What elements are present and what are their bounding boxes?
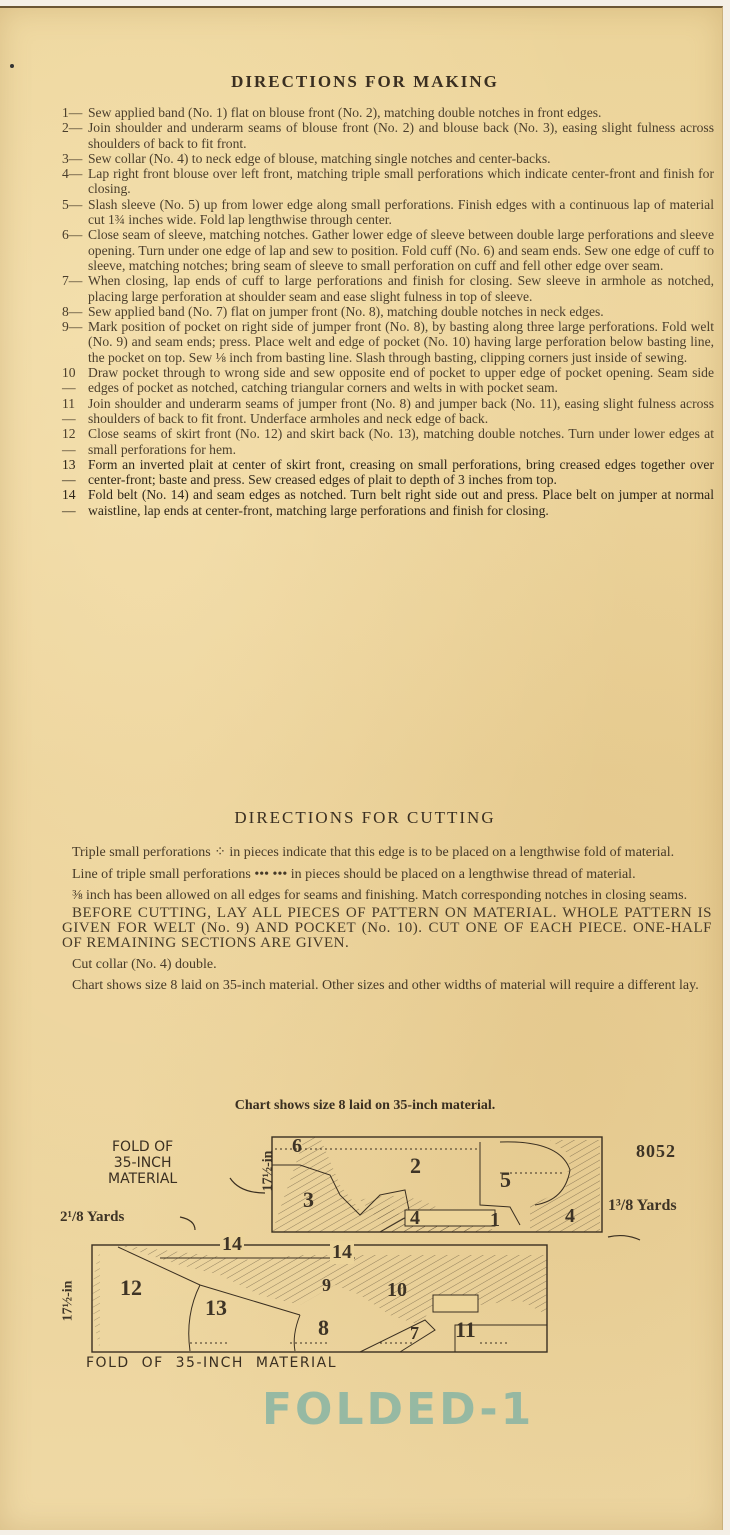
- cutting-paragraph: ⅜ inch has been allowed on all edges for…: [62, 888, 712, 904]
- step-number: 4—: [62, 166, 88, 181]
- bottom-layout-yards: 2¹/8 Yards: [60, 1209, 124, 1226]
- folded-stamp: FOLDED-1: [262, 1384, 534, 1435]
- cutting-layout-diagram: FOLD OF 35-INCH MATERIAL 17½-in 17½-in 8…: [60, 1125, 730, 1385]
- piece-number: 11: [455, 1317, 476, 1343]
- step-number: 12—: [62, 426, 88, 457]
- top-layout-yards: 1³/8 Yards: [608, 1197, 677, 1215]
- piece-number: 14: [330, 1241, 354, 1264]
- piece-number: 14: [220, 1233, 244, 1256]
- cutting-title: DIRECTIONS FOR CUTTING: [0, 808, 730, 828]
- step-text: Lap right front blouse over left front, …: [88, 166, 714, 196]
- step-item: 13—Form an inverted plait at center of s…: [62, 457, 714, 488]
- chart-caption: Chart shows size 8 laid on 35-inch mater…: [0, 1098, 730, 1114]
- piece-number: 5: [500, 1167, 511, 1193]
- step-text: Sew collar (No. 4) to neck edge of blous…: [88, 151, 551, 166]
- step-number: 3—: [62, 151, 88, 166]
- step-text: Sew applied band (No. 1) flat on blouse …: [88, 105, 601, 120]
- step-item: 14—Fold belt (No. 14) and seam edges as …: [62, 487, 714, 518]
- step-item: 9—Mark position of pocket on right side …: [62, 319, 714, 365]
- step-number: 5—: [62, 197, 88, 212]
- step-item: 8—Sew applied band (No. 7) flat on jumpe…: [62, 304, 714, 319]
- piece-number: 10: [387, 1279, 407, 1302]
- step-text: Join shoulder and underarm seams of blou…: [88, 120, 714, 150]
- cutting-paragraph: Cut collar (No. 4) double.: [62, 957, 712, 973]
- fold-label-bottom: FOLD OF 35-INCH MATERIAL: [86, 1355, 337, 1371]
- piece-number: 9: [322, 1275, 331, 1296]
- fold-label-top: FOLD OF 35-INCH MATERIAL: [108, 1139, 177, 1187]
- piece-number: 8: [318, 1315, 329, 1341]
- step-text: Join shoulder and underarm seams of jump…: [88, 396, 714, 426]
- piece-number: 1: [490, 1209, 500, 1232]
- step-text: Slash sleeve (No. 5) up from lower edge …: [88, 197, 714, 227]
- step-number: 1—: [62, 105, 88, 120]
- step-text: Mark position of pocket on right side of…: [88, 319, 714, 365]
- step-item: 10—Draw pocket through to wrong side and…: [62, 365, 714, 396]
- piece-number: 4: [410, 1207, 420, 1230]
- step-text: Fold belt (No. 14) and seam edges as not…: [88, 487, 714, 517]
- step-item: 4—Lap right front blouse over left front…: [62, 166, 714, 197]
- step-text: Sew applied band (No. 7) flat on jumper …: [88, 304, 604, 319]
- step-number: 8—: [62, 304, 88, 319]
- step-item: 5—Slash sleeve (No. 5) up from lower edg…: [62, 197, 714, 228]
- fold-label-line: 35-INCH: [108, 1155, 177, 1171]
- step-item: 7—When closing, lap ends of cuff to larg…: [62, 273, 714, 304]
- piece-number: 13: [205, 1295, 227, 1321]
- step-text: Close seam of sleeve, matching notches. …: [88, 227, 714, 273]
- step-text: Draw pocket through to wrong side and se…: [88, 365, 714, 395]
- piece-number: 3: [303, 1187, 314, 1213]
- step-item: 6—Close seam of sleeve, matching notches…: [62, 227, 714, 273]
- piece-number: 2: [410, 1153, 421, 1179]
- margin-dot: [10, 64, 14, 68]
- yards-arrow-icon: [180, 1217, 195, 1230]
- step-item: 2—Join shoulder and underarm seams of bl…: [62, 120, 714, 151]
- cutting-paragraph: Triple small perforations ⁘ in pieces in…: [62, 845, 712, 861]
- piece-number: 4: [565, 1205, 575, 1228]
- step-text: Close seams of skirt front (No. 12) and …: [88, 426, 714, 456]
- step-number: 7—: [62, 273, 88, 288]
- pattern-number: 8052: [636, 1141, 676, 1162]
- width-label-top: 17½-in: [260, 1151, 276, 1192]
- step-item: 12—Close seams of skirt front (No. 12) a…: [62, 426, 714, 457]
- making-title: DIRECTIONS FOR MAKING: [0, 72, 730, 92]
- piece-number: 7: [410, 1323, 419, 1344]
- step-number: 13—: [62, 457, 88, 488]
- step-item: 3—Sew collar (No. 4) to neck edge of blo…: [62, 151, 714, 166]
- step-number: 2—: [62, 120, 88, 135]
- making-steps-list: 1—Sew applied band (No. 1) flat on blous…: [62, 105, 714, 518]
- step-text: When closing, lap ends of cuff to large …: [88, 273, 714, 303]
- top-layout: [272, 1137, 602, 1232]
- step-number: 10—: [62, 365, 88, 396]
- cutting-directions: Triple small perforations ⁘ in pieces in…: [62, 845, 712, 1000]
- step-item: 11—Join shoulder and underarm seams of j…: [62, 396, 714, 427]
- step-number: 11—: [62, 396, 88, 427]
- cutting-paragraph: Line of triple small perforations ••• ••…: [62, 867, 712, 883]
- width-label-bottom: 17½-in: [60, 1281, 76, 1322]
- step-number: 14—: [62, 487, 88, 518]
- fold-label-line: FOLD OF: [108, 1139, 177, 1155]
- piece-number: 6: [292, 1135, 302, 1158]
- step-number: 9—: [62, 319, 88, 334]
- cutting-paragraph: Chart shows size 8 laid on 35-inch mater…: [62, 978, 712, 994]
- yards-arrow-icon: [608, 1236, 640, 1240]
- step-item: 1—Sew applied band (No. 1) flat on blous…: [62, 105, 714, 120]
- cutting-paragraph-caps: BEFORE CUTTING, LAY ALL PIECES OF PATTER…: [62, 906, 712, 951]
- step-number: 6—: [62, 227, 88, 242]
- step-text: Form an inverted plait at center of skir…: [88, 457, 714, 487]
- fold-label-line: MATERIAL: [108, 1171, 177, 1187]
- piece-number: 12: [120, 1275, 142, 1301]
